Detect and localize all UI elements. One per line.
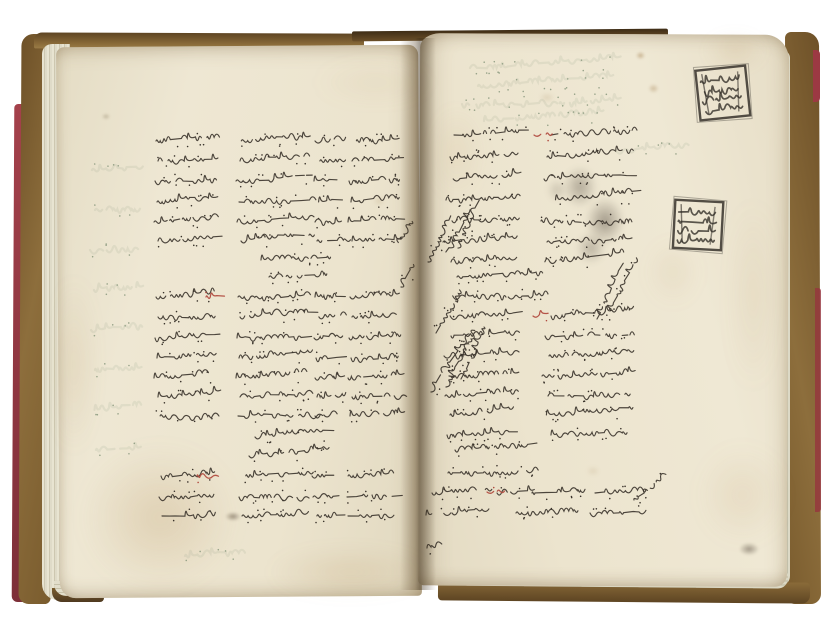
lower-ink-seal xyxy=(666,193,729,260)
manuscript-photo xyxy=(0,0,840,621)
gutter-shadow xyxy=(400,38,436,590)
upper-ink-seal xyxy=(689,59,758,131)
